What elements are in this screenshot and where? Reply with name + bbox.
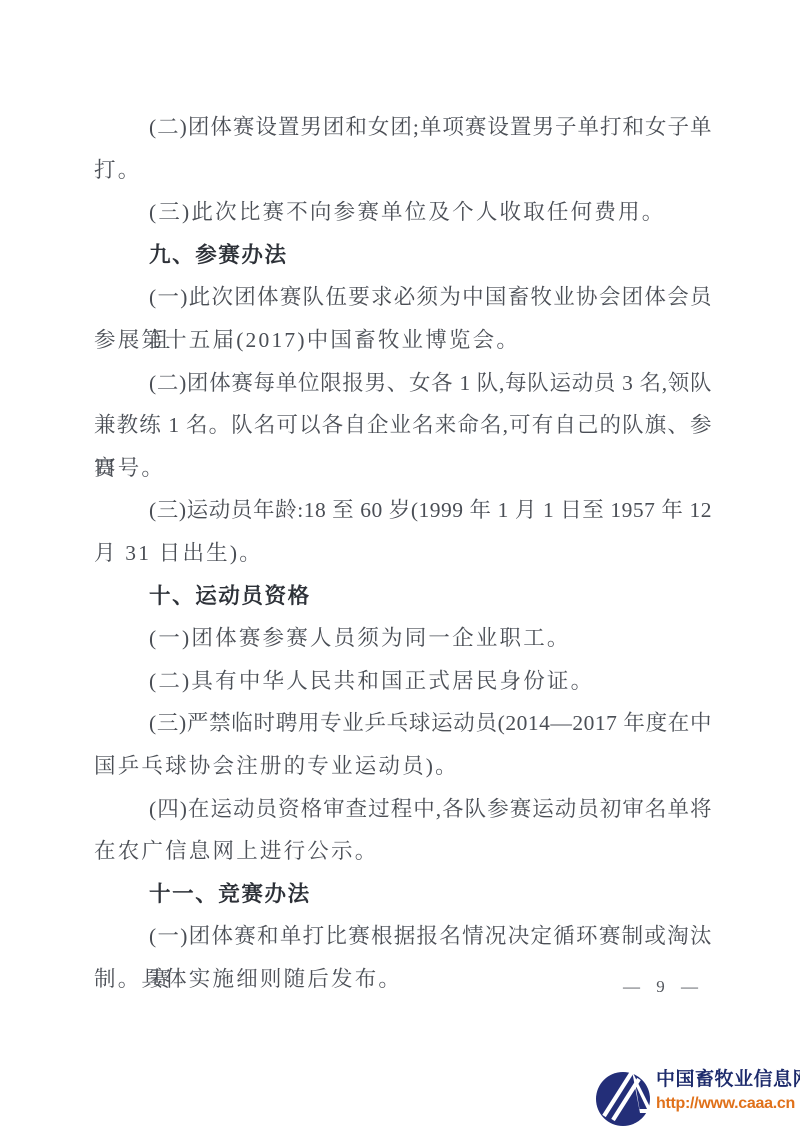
page-number: — 9 — <box>623 977 699 997</box>
text-line: (一)团体赛参赛人员须为同一企业职工。 <box>94 617 712 660</box>
document-body: (二)团体赛设置男团和女团;单项赛设置男子单打和女子单 打。 (三)此次比赛不向… <box>94 106 712 1000</box>
text-line: 打。 <box>94 149 712 192</box>
text-line: (三)运动员年龄:18 至 60 岁(1999 年 1 月 1 日至 1957 … <box>94 489 712 532</box>
text-line: 制。具体实施细则随后发布。 <box>94 958 712 1001</box>
text-line: (二)具有中华人民共和国正式居民身份证。 <box>94 660 712 703</box>
heading-section-10: 十、运动员资格 <box>94 575 712 618</box>
text-line: 月 31 日出生)。 <box>94 532 712 575</box>
text-line: (二)团体赛每单位限报男、女各 1 队,每队运动员 3 名,领队 <box>94 362 712 405</box>
watermark-site-name: 中国畜牧业信息网 <box>656 1063 800 1095</box>
text-line: (二)团体赛设置男团和女团;单项赛设置男子单打和女子单 <box>94 106 712 149</box>
watermark-text: 中国畜牧业信息网 http://www.caaa.cn <box>656 1063 800 1113</box>
text-line: (三)此次比赛不向参赛单位及个人收取任何费用。 <box>94 191 712 234</box>
text-line: 参展第十五届(2017)中国畜牧业博览会。 <box>94 319 712 362</box>
document-page: (二)团体赛设置男团和女团;单项赛设置男子单打和女子单 打。 (三)此次比赛不向… <box>0 0 800 1131</box>
heading-section-9: 九、参赛办法 <box>94 234 712 277</box>
watermark-site-url: http://www.caaa.cn <box>656 1095 800 1113</box>
text-line: (一)团体赛和单打比赛根据报名情况决定循环赛制或淘汰赛 <box>94 915 712 958</box>
text-line: (三)严禁临时聘用专业乒乓球运动员(2014—2017 年度在中 <box>94 702 712 745</box>
text-line: 兼教练 1 名。队名可以各自企业名来命名,可有自己的队旗、参赛 <box>94 404 712 447</box>
text-line: 口号。 <box>94 447 712 490</box>
watermark: 中国畜牧业信息网 http://www.caaa.cn <box>595 1063 800 1128</box>
caaa-logo-icon <box>595 1068 655 1128</box>
text-line: 国乒乓球协会注册的专业运动员)。 <box>94 745 712 788</box>
text-line: (四)在运动员资格审查过程中,各队参赛运动员初审名单将 <box>94 788 712 831</box>
heading-section-11: 十一、竞赛办法 <box>94 873 712 916</box>
text-line: (一)此次团体赛队伍要求必须为中国畜牧业协会团体会员且 <box>94 276 712 319</box>
text-line: 在农广信息网上进行公示。 <box>94 830 712 873</box>
